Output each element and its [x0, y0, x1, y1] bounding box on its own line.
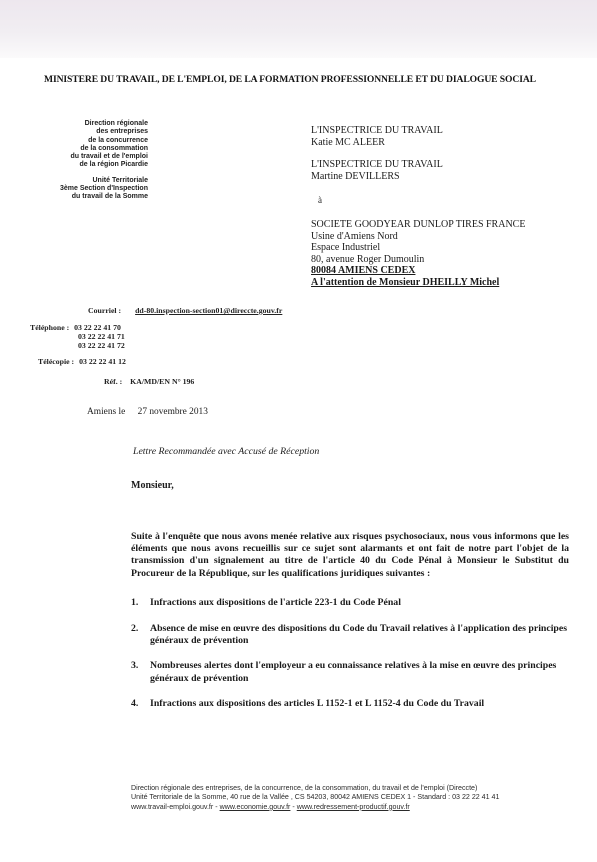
- reference-value: KA/MD/EN N° 196: [130, 377, 194, 386]
- fax-row: Télécopie : 03 22 22 41 12: [38, 357, 126, 366]
- list-item-number: 2.: [131, 623, 150, 647]
- footer-line: Direction régionale des entreprises, de …: [131, 784, 499, 793]
- phone-value: 03 22 22 41 70: [74, 323, 121, 332]
- email-row: Courriel : dd-80.inspection-section01@di…: [88, 306, 282, 315]
- footer: Direction régionale des entreprises, de …: [131, 784, 499, 812]
- list-item: 4. Infractions aux dispositions des arti…: [131, 698, 571, 710]
- sender-line: de la concurrence: [10, 137, 148, 145]
- phone-row: Téléphone : 03 22 22 41 70: [30, 323, 121, 332]
- date-place: Amiens le: [87, 407, 125, 417]
- ministry-heading: MINISTERE DU TRAVAIL, DE L'EMPLOI, DE LA…: [44, 74, 536, 85]
- recipient-line: 80, avenue Roger Dumoulin: [311, 254, 525, 266]
- sender-unit-line: Unité Territoriale: [10, 177, 148, 185]
- recipient-line: Espace Industriel: [311, 242, 525, 254]
- phone-value: 03 22 22 41 71: [78, 332, 125, 341]
- list-item-text: Nombreuses alertes dont l'employeur a eu…: [150, 660, 571, 684]
- recipient-address: SOCIETE GOODYEAR DUNLOP TIRES FRANCE Usi…: [311, 219, 525, 289]
- footer-site-redressement[interactable]: www.redressement-productif.gouv.fr: [297, 803, 410, 811]
- sender-line: de la consommation: [10, 145, 148, 153]
- list-item-number: 1.: [131, 597, 150, 609]
- list-item: 3. Nombreuses alertes dont l'employeur a…: [131, 660, 571, 684]
- reference-label: Réf. :: [104, 377, 122, 386]
- footer-links: www.travail-emploi.gouv.fr - www.economi…: [131, 803, 499, 812]
- footer-line: Unité Territoriale de la Somme, 40 rue d…: [131, 793, 499, 802]
- recipient-attention: A l'attention de Monsieur DHEILLY Michel: [311, 277, 525, 289]
- sender-line: du travail et de l'emploi: [10, 153, 148, 161]
- list-item-number: 4.: [131, 698, 150, 710]
- legal-qualifications-list: 1. Infractions aux dispositions de l'art…: [131, 597, 571, 724]
- list-item: 2. Absence de mise en œuvre des disposit…: [131, 623, 571, 647]
- email-label: Courriel :: [88, 306, 121, 315]
- list-item-text: Absence de mise en œuvre des disposition…: [150, 623, 571, 647]
- list-item-number: 3.: [131, 660, 150, 684]
- date-value: 27 novembre 2013: [138, 407, 208, 417]
- sender-line: Direction régionale: [10, 120, 148, 128]
- delivery-mode: Lettre Recommandée avec Accusé de Récept…: [133, 446, 319, 457]
- inspector-title: L'INSPECTRICE DU TRAVAIL: [311, 125, 443, 137]
- phone-label: Téléphone :: [30, 323, 69, 332]
- inspector-name: Katie MC ALEER: [311, 137, 443, 149]
- footer-site-economie[interactable]: www.economie.gouv.fr: [220, 803, 291, 811]
- footer-site-travail[interactable]: www.travail-emploi.gouv.fr: [131, 803, 213, 811]
- phone-value: 03 22 22 41 72: [78, 341, 125, 350]
- sender-unit-line: 3ème Section d'Inspection: [10, 185, 148, 193]
- fax-value: 03 22 22 41 12: [79, 357, 126, 366]
- list-item: 1. Infractions aux dispositions de l'art…: [131, 597, 571, 609]
- sender-block: Direction régionale des entreprises de l…: [10, 120, 148, 202]
- inspector-title: L'INSPECTRICE DU TRAVAIL: [311, 159, 443, 171]
- recipient-company: SOCIETE GOODYEAR DUNLOP TIRES FRANCE: [311, 219, 525, 231]
- fax-label: Télécopie :: [38, 357, 74, 366]
- email-link[interactable]: dd-80.inspection-section01@direccte.gouv…: [135, 306, 282, 315]
- salutation: Monsieur,: [131, 480, 174, 491]
- scan-background-band: [0, 0, 597, 58]
- spacer: [10, 170, 148, 177]
- sender-line: des entreprises: [10, 128, 148, 136]
- body-paragraph: Suite à l'enquête que nous avons menée r…: [131, 531, 569, 580]
- recipient-line: Usine d'Amiens Nord: [311, 231, 525, 243]
- sender-line: de la région Picardie: [10, 161, 148, 169]
- inspector-name: Martine DEVILLERS: [311, 171, 443, 183]
- recipient-prefix: à: [318, 195, 322, 205]
- date-line: Amiens le 27 novembre 2013: [87, 407, 208, 417]
- recipient-city: 80084 AMIENS CEDEX: [311, 265, 525, 277]
- spacer: [311, 148, 443, 159]
- inspectors-block: L'INSPECTRICE DU TRAVAIL Katie MC ALEER …: [311, 125, 443, 182]
- contact-block: Courriel : dd-80.inspection-section01@di…: [30, 306, 310, 366]
- sender-unit-line: du travail de la Somme: [10, 193, 148, 201]
- list-item-text: Infractions aux dispositions des article…: [150, 698, 571, 710]
- reference-line: Réf. : KA/MD/EN N° 196: [104, 377, 194, 386]
- list-item-text: Infractions aux dispositions de l'articl…: [150, 597, 571, 609]
